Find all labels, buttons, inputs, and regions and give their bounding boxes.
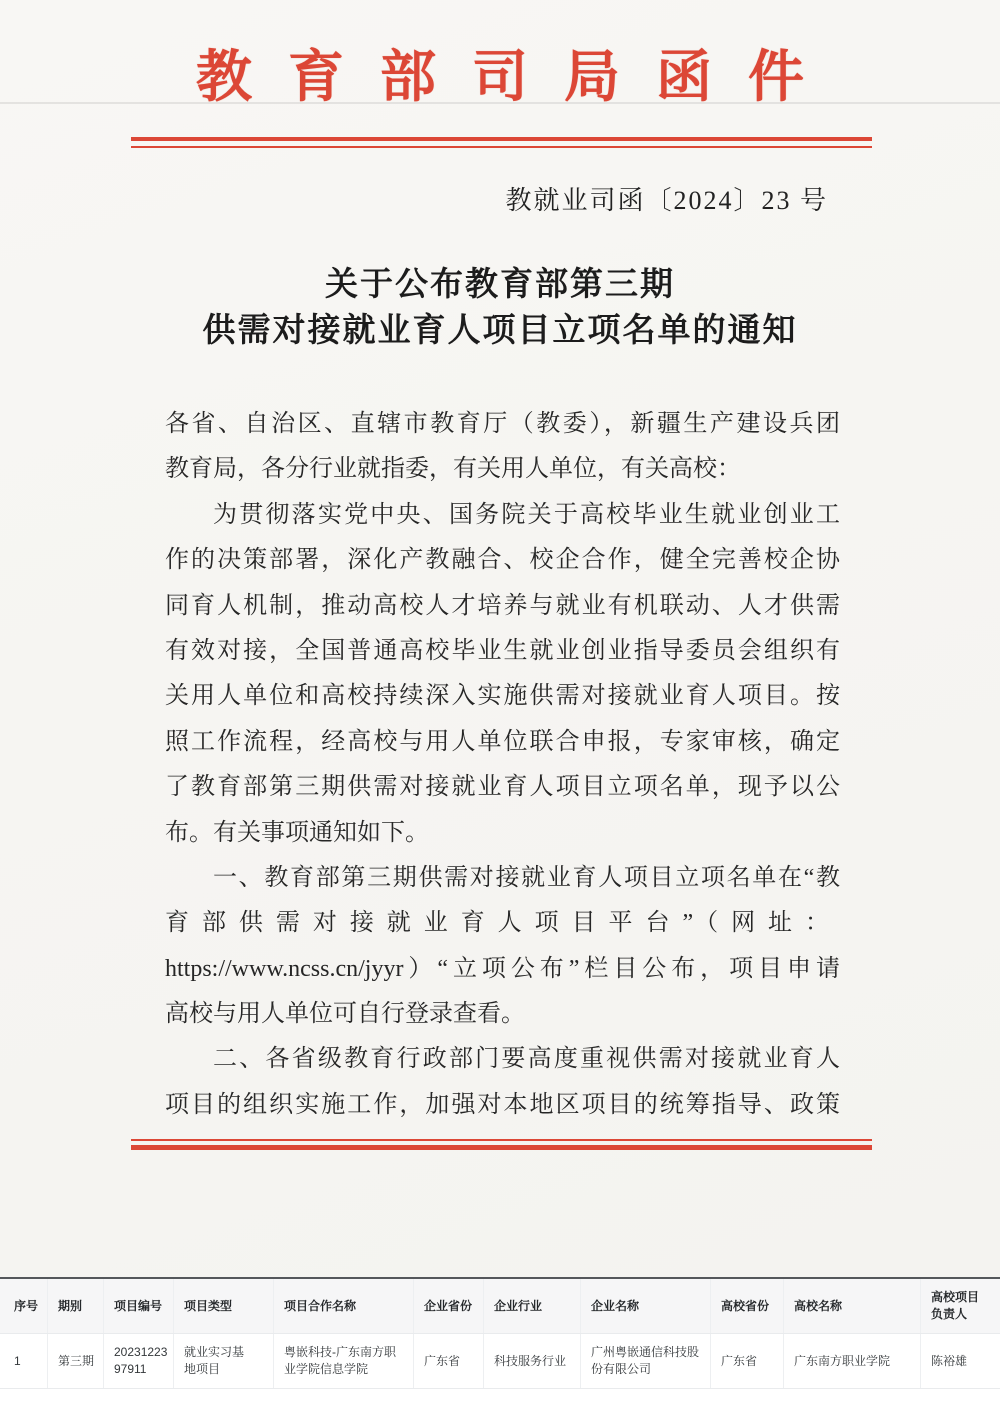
table-cell-value: 广东南方职业学院 <box>794 1353 890 1370</box>
table-header-label: 高校项目负责人 <box>931 1289 982 1323</box>
table-header-label: 高校名称 <box>794 1298 842 1315</box>
document-number: 教就业司函〔2024〕23 号 <box>505 180 828 217</box>
notice-body-line: 育部供需对接就业育人项目平台”（网址： <box>165 901 840 946</box>
notice-body-line: 一、教育部第三期供需对接就业育人项目立项名单在“教 <box>165 856 840 901</box>
table-cell-value: 广东省 <box>424 1353 460 1370</box>
table-header-cell: 项目类型 <box>173 1279 273 1333</box>
table-cell: 广东省 <box>710 1334 783 1388</box>
scan-fold-line <box>0 102 1000 104</box>
notice-body-line: 项目的组织实施工作，加强对本地区项目的统筹指导、政策 <box>165 1083 840 1128</box>
notice-body-line: 了教育部第三期供需对接就业育人项目立项名单，现予以公 <box>165 765 840 810</box>
table-cell-value: 1 <box>14 1353 21 1370</box>
notice-body-line: 教育局，各分行业就指委，有关用人单位，有关高校： <box>165 447 840 492</box>
rule-thin-line <box>131 1139 872 1141</box>
table-cell-value: 广州粤嵌通信科技股份有限公司 <box>591 1344 704 1378</box>
table-header-label: 企业省份 <box>424 1298 472 1315</box>
notice-body: 各省、自治区、直辖市教育厅（教委），新疆生产建设兵团教育局，各分行业就指委，有关… <box>165 402 840 1128</box>
notice-body-line: 为贯彻落实党中央、国务院关于高校毕业生就业创业工 <box>165 493 840 538</box>
footer-rule-bottom <box>131 1139 872 1150</box>
notice-body-line: 各省、自治区、直辖市教育厅（教委），新疆生产建设兵团 <box>165 402 840 447</box>
letterhead-title: 教育部司局函件 <box>0 46 1000 110</box>
table-cell-value: 第三期 <box>58 1353 94 1370</box>
projects-table-row: 1第三期2023122397911就业实习基地项目粤嵌科技-广东南方职业学院信息… <box>0 1334 1000 1389</box>
table-header-cell: 期别 <box>47 1279 103 1333</box>
table-header-label: 企业行业 <box>494 1298 542 1315</box>
projects-table: 序号期别项目编号项目类型项目合作名称企业省份企业行业企业名称高校省份高校名称高校… <box>0 1277 1000 1389</box>
table-header-cell: 企业行业 <box>483 1279 580 1333</box>
table-cell: 科技服务行业 <box>483 1334 580 1388</box>
table-header-cell: 项目合作名称 <box>273 1279 413 1333</box>
table-header-cell: 高校省份 <box>710 1279 783 1333</box>
rule-thin-line <box>131 146 872 148</box>
table-header-label: 项目合作名称 <box>284 1298 356 1315</box>
table-header-cell: 项目编号 <box>103 1279 173 1333</box>
table-cell: 广东南方职业学院 <box>783 1334 920 1388</box>
page: 教育部司局函件 教就业司函〔2024〕23 号 关于公布教育部第三期 供需对接就… <box>0 0 1000 1408</box>
table-header-cell: 企业名称 <box>580 1279 710 1333</box>
table-cell-value: 广东省 <box>721 1353 757 1370</box>
table-header-label: 高校省份 <box>721 1298 769 1315</box>
table-header-label: 企业名称 <box>591 1298 639 1315</box>
table-cell-value: 粤嵌科技-广东南方职业学院信息学院 <box>284 1344 407 1378</box>
notice-body-line: 二、各省级教育行政部门要高度重视供需对接就业育人 <box>165 1037 840 1082</box>
notice-body-line: 布。有关事项通知如下。 <box>165 811 840 856</box>
letterhead-rule-top <box>131 137 872 148</box>
table-header-cell: 高校名称 <box>783 1279 920 1333</box>
rule-thick-line <box>131 137 872 141</box>
table-cell-value: 就业实习基地项目 <box>184 1344 255 1378</box>
table-header-label: 项目编号 <box>114 1298 162 1315</box>
table-cell: 粤嵌科技-广东南方职业学院信息学院 <box>273 1334 413 1388</box>
table-cell: 广东省 <box>413 1334 483 1388</box>
table-cell-value: 2023122397911 <box>114 1344 169 1378</box>
notice-title-line1: 关于公布教育部第三期 <box>0 262 1000 308</box>
notice-title: 关于公布教育部第三期 供需对接就业育人项目立项名单的通知 <box>0 262 1000 354</box>
table-header-label: 项目类型 <box>184 1298 232 1315</box>
table-cell: 陈裕雄 <box>920 1334 1000 1388</box>
table-cell: 2023122397911 <box>103 1334 173 1388</box>
table-cell: 第三期 <box>47 1334 103 1388</box>
table-header-cell: 企业省份 <box>413 1279 483 1333</box>
notice-body-line: https://www.ncss.cn/jyyr）“立项公布”栏目公布，项目申请 <box>165 947 840 992</box>
rule-thick-line <box>131 1145 872 1150</box>
notice-body-line: 作的决策部署，深化产教融合、校企合作，健全完善校企协 <box>165 538 840 583</box>
notice-body-line: 照工作流程，经高校与用人单位联合申报，专家审核，确定 <box>165 720 840 765</box>
table-header-label: 序号 <box>14 1298 38 1315</box>
table-header-label: 期别 <box>58 1298 82 1315</box>
table-cell: 广州粤嵌通信科技股份有限公司 <box>580 1334 710 1388</box>
notice-body-line: 高校与用人单位可自行登录查看。 <box>165 992 840 1037</box>
scanned-letter: 教育部司局函件 教就业司函〔2024〕23 号 关于公布教育部第三期 供需对接就… <box>0 0 1000 1277</box>
notice-title-line2: 供需对接就业育人项目立项名单的通知 <box>0 308 1000 354</box>
table-header-cell: 序号 <box>0 1279 47 1333</box>
table-cell-value: 陈裕雄 <box>931 1353 967 1370</box>
table-header-cell: 高校项目负责人 <box>920 1279 1000 1333</box>
table-cell-value: 科技服务行业 <box>494 1353 566 1370</box>
notice-body-line: 关用人单位和高校持续深入实施供需对接就业育人项目。按 <box>165 674 840 719</box>
table-cell: 就业实习基地项目 <box>173 1334 273 1388</box>
notice-body-line: 同育人机制，推动高校人才培养与就业有机联动、人才供需 <box>165 584 840 629</box>
notice-body-line: 有效对接，全国普通高校毕业生就业创业指导委员会组织有 <box>165 629 840 674</box>
table-cell: 1 <box>0 1334 47 1388</box>
projects-table-header-row: 序号期别项目编号项目类型项目合作名称企业省份企业行业企业名称高校省份高校名称高校… <box>0 1279 1000 1334</box>
